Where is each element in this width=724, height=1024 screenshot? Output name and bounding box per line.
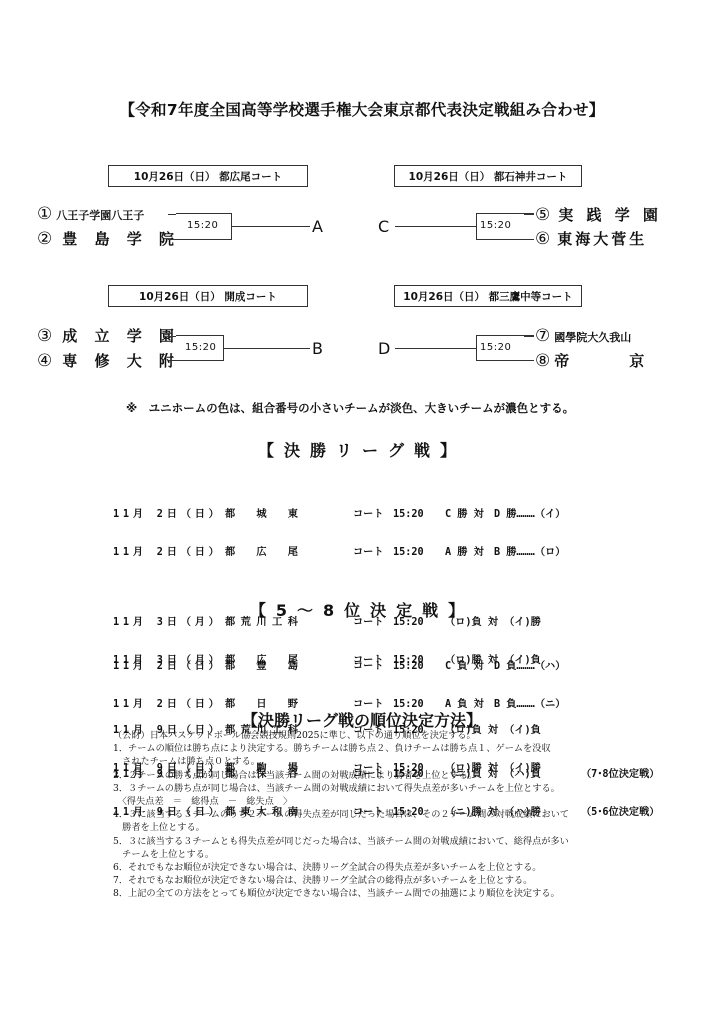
- rule-line: 1．チームの順位は勝ち点により決定する。勝ちチームは勝ち点２、負けチームは勝ち点…: [113, 742, 693, 755]
- team-2: ②豊 島 学 院: [37, 228, 180, 249]
- team-5: ⑤実 践 学 園: [535, 204, 662, 225]
- court-label-match-1: 10月26日（日） 都広尾コート: [108, 165, 308, 187]
- placement-title: 【5～8位決定戦】: [0, 598, 724, 621]
- schedule-row: 11月 2日（日）都 城 東コート15:20C 勝 対 D 勝………（イ）: [113, 509, 565, 522]
- bracket-line: [168, 239, 176, 240]
- team-7: ⑦國學院大久我山: [535, 326, 631, 346]
- team-name: 豊 島 学 院: [62, 230, 180, 248]
- bracket-line: [524, 239, 534, 240]
- schedule-row: 11月 2日（日）都 広 尾コート15:20A 勝 対 B 勝………（ロ）: [113, 547, 565, 560]
- bracket-line: [395, 348, 476, 349]
- team-name: 國學院大久我山: [554, 331, 631, 344]
- bracket-line: [524, 360, 534, 361]
- seed-number: ②: [37, 229, 58, 249]
- winner-label: B: [312, 339, 323, 358]
- seed-number: ①: [37, 204, 52, 224]
- bracket-line: [395, 226, 476, 227]
- seed-number: ⑤: [535, 205, 554, 225]
- seed-number: ⑧: [535, 351, 550, 371]
- ranking-rules-title: 【決勝リーグ戦の順位決定方法】: [0, 708, 724, 731]
- match-time: 15:20: [480, 342, 511, 353]
- rule-line: 勝者を上位とする。: [113, 821, 693, 834]
- court-label-match-3: 10月26日（日） 開成コート: [108, 285, 308, 307]
- team-8: ⑧帝 京: [535, 350, 644, 371]
- winner-label: D: [378, 339, 390, 358]
- team-name: 実 践 学 園: [558, 206, 662, 224]
- final-league-title: 【決勝リーグ戦】: [0, 438, 724, 461]
- team-3: ③成 立 学 園: [37, 325, 180, 346]
- team-4: ④専 修 大 附: [37, 350, 180, 371]
- team-name: 成 立 学 園: [62, 327, 180, 345]
- court-label-match-2: 10月26日（日） 都石神井コート: [394, 165, 582, 187]
- rule-line: 5．３に該当する３チームとも得失点差が同じだった場合は、当該チーム間の対戦成績に…: [113, 835, 693, 848]
- bracket-line: [224, 348, 310, 349]
- ranking-rules-list: （公財）日本バスケットボール協会競技規則2025に準じ、以下の通り順位を決定する…: [113, 729, 693, 901]
- rule-line: 8．上記の全ての方法をとっても順位が決定できない場合は、当該チーム間での抽選によ…: [113, 887, 693, 900]
- winner-label: C: [378, 217, 389, 236]
- seed-number: ④: [37, 351, 58, 371]
- match-time: 15:20: [185, 342, 216, 353]
- bracket-line: [168, 336, 176, 337]
- team-name: 八王子学園八王子: [56, 209, 144, 222]
- bracket-line: [168, 214, 176, 215]
- rule-line: （公財）日本バスケットボール協会競技規則2025に準じ、以下の通り順位を決定する…: [113, 729, 693, 742]
- match-time: 15:20: [480, 220, 511, 231]
- rule-line: されたチームは勝ち点０とする。: [113, 755, 693, 768]
- team-1: ①八王子学園八王子: [37, 204, 144, 224]
- uniform-note: ※ ユニホームの色は、組合番号の小さいチームが淡色、大きいチームが濃色とする。: [126, 400, 574, 416]
- seed-number: ⑥: [535, 229, 553, 249]
- document-title: 【令和7年度全国高等学校選手権大会東京都代表決定戦組み合わせ】: [0, 98, 724, 120]
- bracket-line: [232, 226, 310, 227]
- team-name: 東海大菅生: [557, 230, 647, 248]
- bracket-line: [168, 360, 176, 361]
- rule-line: 7．それでもなお順位が決定できない場合は、決勝リーグ全試合の総得点が多いチームを…: [113, 874, 693, 887]
- rule-line: 2．２チームの勝ち点が同じ場合は、当該チーム間の対戦成績により勝者を上位とする。: [113, 769, 693, 782]
- rule-line: 6．それでもなお順位が決定できない場合は、決勝リーグ全試合の得失点差が多いチーム…: [113, 861, 693, 874]
- team-name: 専 修 大 附: [62, 352, 180, 370]
- team-6: ⑥東海大菅生: [535, 228, 647, 249]
- match-time: 15:20: [187, 220, 218, 231]
- rule-line: 3．３チームの勝ち点が同じ場合は、当該チーム間の対戦成績において得失点差が多いチ…: [113, 782, 693, 795]
- team-name: 帝 京: [554, 352, 644, 370]
- seed-number: ③: [37, 326, 58, 346]
- bracket-line: [524, 214, 534, 215]
- rule-line: チームを上位とする。: [113, 848, 693, 861]
- rule-line: 4．３に該当する３チームのうち２チームの得失点差が同じだった場合は、その２チーム…: [113, 808, 693, 821]
- bracket-line: [524, 336, 534, 337]
- seed-number: ⑦: [535, 326, 550, 346]
- winner-label: A: [312, 217, 323, 236]
- schedule-row: 11月 2日（日）都 豊 島コート15:20C 負 対 D 負………（ハ）: [113, 661, 660, 674]
- rule-line: 〈得失点差 ＝ 総得点 － 総失点 〉: [113, 795, 693, 808]
- court-label-match-4: 10月26日（日） 都三鷹中等コート: [394, 285, 582, 307]
